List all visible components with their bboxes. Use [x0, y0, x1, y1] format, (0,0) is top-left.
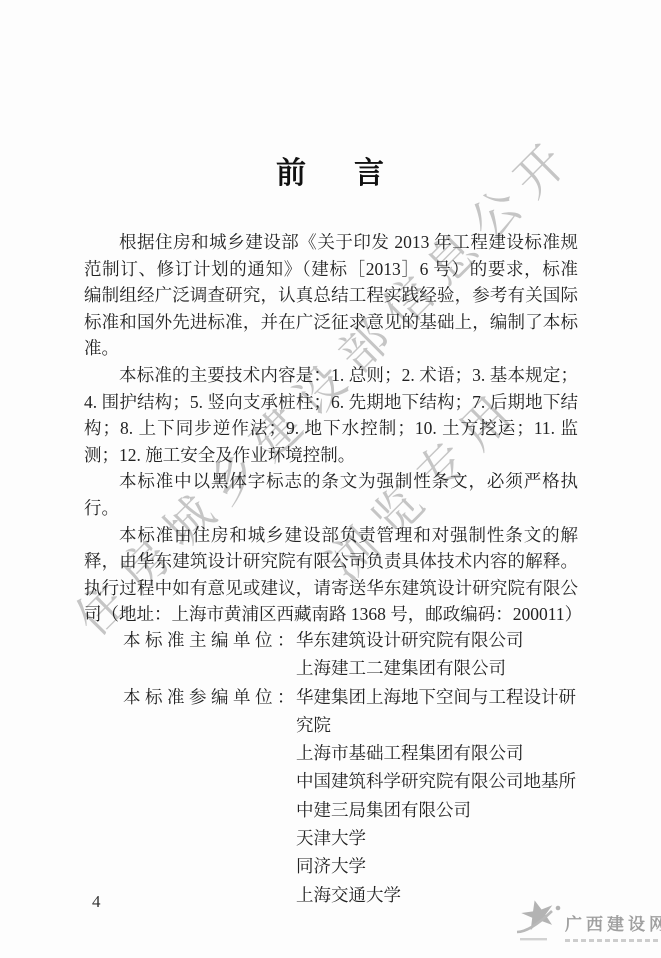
paragraph: 本标准的主要技术内容是：1. 总则；2. 术语；3. 基本规定；4. 围护结构；… — [84, 362, 578, 468]
organization-name: 华东建筑设计研究院有限公司 — [296, 626, 578, 654]
editor-section-label: 本标准参编单位： — [84, 683, 296, 711]
organization-name: 天津大学 — [296, 824, 578, 852]
page-title: 前 言 — [0, 156, 661, 192]
organization-name: 中国建筑科学研究院有限公司地基所 — [296, 767, 578, 795]
site-logo-text: 广西建设网 — [565, 910, 661, 935]
paragraph: 根据住房和城乡建设部《关于印发 2013 年工程建设标准规范制订、修订计划的通知… — [84, 229, 578, 362]
page-number: 4 — [92, 892, 101, 912]
site-logo: 广西建设网 — [514, 894, 661, 944]
paragraph: 本标准由住房和城乡建设部负责管理和对强制性条文的解释，由华东建筑设计研究院有限公… — [84, 522, 578, 628]
editor-section-organizations: 华东建筑设计研究院有限公司上海建工二建集团有限公司 — [296, 626, 578, 683]
organization-name: 华建集团上海地下空间与工程设计研究院 — [296, 683, 578, 740]
editor-section: 本标准主编单位：华东建筑设计研究院有限公司上海建工二建集团有限公司 — [84, 626, 578, 683]
organization-name: 同济大学 — [296, 852, 578, 880]
editor-section-organizations: 华建集团上海地下空间与工程设计研究院上海市基础工程集团有限公司中国建筑科学研究院… — [296, 683, 578, 909]
organization-name: 上海市基础工程集团有限公司 — [296, 739, 578, 767]
body-paragraphs: 根据住房和城乡建设部《关于印发 2013 年工程建设标准规范制订、修订计划的通知… — [84, 229, 578, 628]
site-logo-tagline — [565, 939, 661, 942]
editor-section-label: 本标准主编单位： — [84, 626, 296, 654]
editor-section: 本标准参编单位：华建集团上海地下空间与工程设计研究院上海市基础工程集团有限公司中… — [84, 683, 578, 909]
organization-name: 中建三局集团有限公司 — [296, 796, 578, 824]
paragraph: 本标准中以黑体字标志的条文为强制性条文，必须严格执行。 — [84, 468, 578, 521]
organization-name: 上海建工二建集团有限公司 — [296, 654, 578, 682]
star-icon — [514, 894, 562, 944]
editor-units: 本标准主编单位：华东建筑设计研究院有限公司上海建工二建集团有限公司本标准参编单位… — [84, 626, 578, 909]
document-page: 住房城乡建设部信息公开 浏览专用 前 言 根据住房和城乡建设部《关于印发 201… — [0, 0, 661, 958]
